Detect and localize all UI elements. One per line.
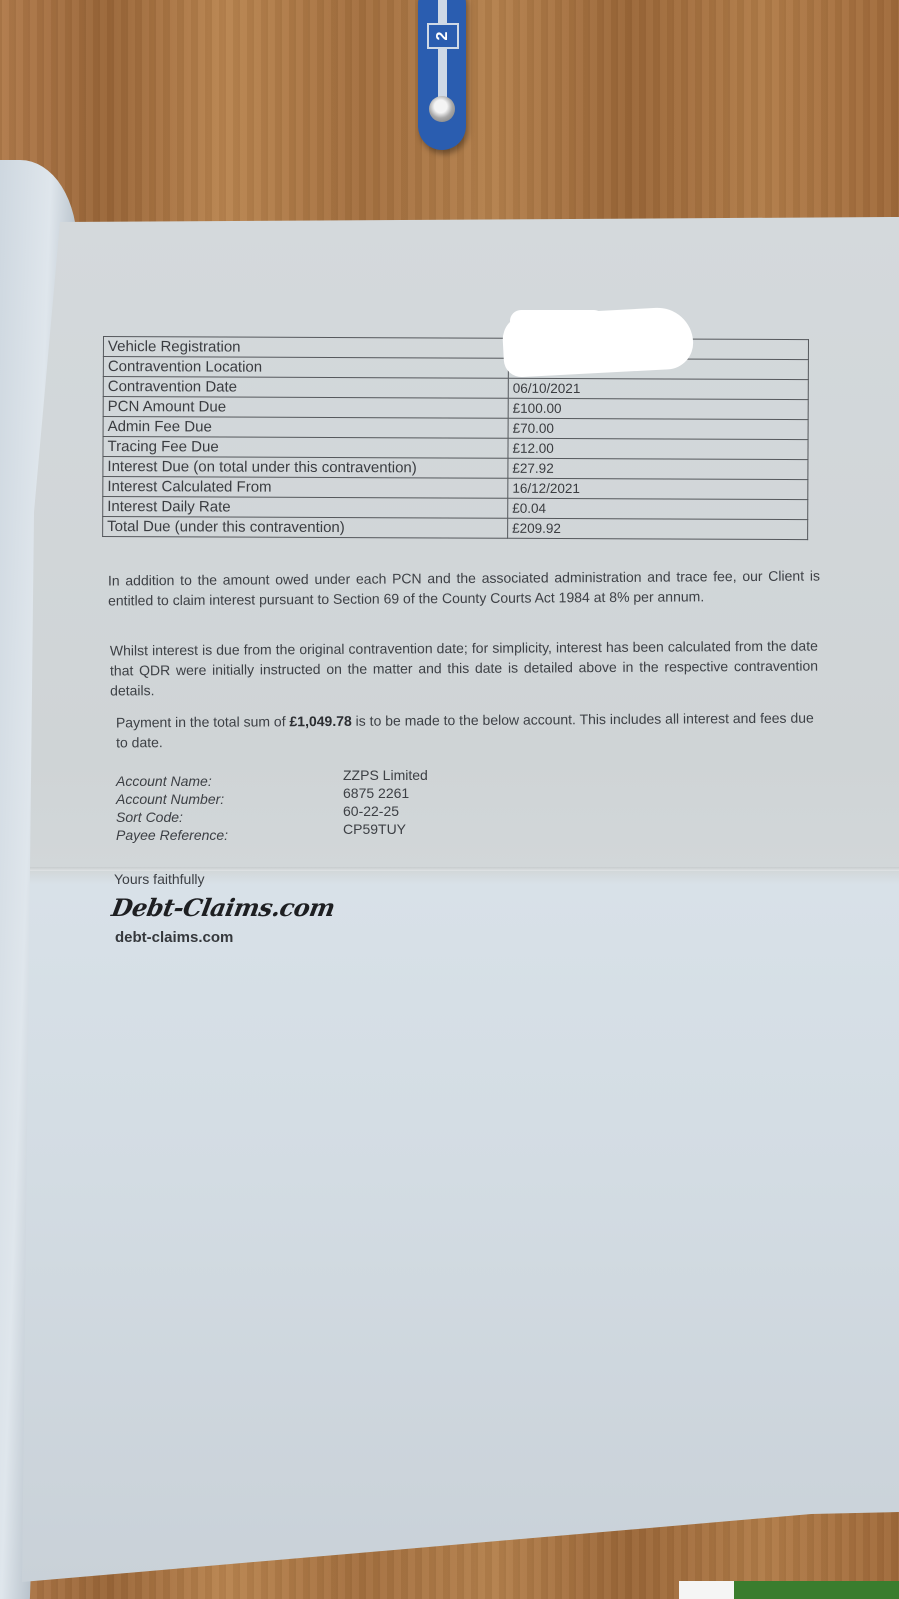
- row-value: 16/12/2021: [508, 478, 808, 499]
- row-value: £12.00: [508, 438, 808, 459]
- row-label: Interest Due (on total under this contra…: [103, 457, 508, 479]
- snap-piece-strip: [438, 0, 447, 100]
- bank-detail-label: Account Number:: [116, 790, 343, 808]
- green-object-corner: [734, 1581, 899, 1599]
- sign-off: Yours faithfully: [114, 871, 205, 887]
- table-row: Interest Daily Rate£0.04: [103, 497, 808, 520]
- row-label: Interest Calculated From: [103, 477, 508, 499]
- bank-detail-label: Account Name:: [116, 772, 343, 790]
- row-label: Contravention Location: [103, 357, 508, 379]
- row-value: £209.92: [508, 518, 808, 539]
- row-label: PCN Amount Due: [103, 397, 508, 419]
- payment-total-amount: £1,049.78: [289, 713, 351, 729]
- row-value: £27.92: [508, 458, 808, 479]
- row-value: £100.00: [508, 398, 808, 419]
- interest-calculation-paragraph: Whilst interest is due from the original…: [110, 636, 818, 701]
- snap-piece-stud: [429, 96, 455, 122]
- row-label: Admin Fee Due: [103, 417, 508, 439]
- table-row: PCN Amount Due£100.00: [103, 397, 808, 420]
- table-row: Admin Fee Due£70.00: [103, 417, 808, 440]
- bank-detail-value: 6875 2261: [343, 784, 409, 802]
- website-text: debt-claims.com: [115, 929, 233, 946]
- table-row: Contravention Date06/10/2021: [103, 377, 808, 400]
- bank-detail-label: Payee Reference:: [116, 826, 343, 844]
- bank-detail-value: ZZPS Limited: [343, 766, 428, 784]
- table-row: Contravention Location: [103, 357, 808, 380]
- table-row: Total Due (under this contravention)£209…: [103, 517, 808, 540]
- row-value: £70.00: [508, 418, 808, 439]
- row-label: Contravention Date: [103, 377, 508, 399]
- table-row: Interest Due (on total under this contra…: [103, 457, 808, 480]
- row-label: Vehicle Registration: [103, 337, 508, 359]
- payment-prefix: Payment in the total sum of: [116, 713, 290, 730]
- bank-detail-label: Sort Code:: [116, 808, 343, 826]
- row-label: Tracing Fee Due: [103, 437, 508, 459]
- bank-detail-row: Payee Reference:CP59TUY: [116, 826, 428, 844]
- signature-logo: Debt-Claims.com: [109, 893, 337, 922]
- bank-detail-value: CP59TUY: [343, 820, 406, 838]
- table-row: Tracing Fee Due£12.00: [103, 437, 808, 460]
- white-object-corner: [679, 1581, 734, 1599]
- table-row: Vehicle Registration: [103, 337, 808, 360]
- snap-piece-label: 2: [427, 23, 459, 49]
- redaction-mark: [510, 310, 605, 332]
- snap-circuit-piece: 2: [418, 0, 466, 150]
- bank-detail-value: 60-22-25: [343, 802, 399, 820]
- row-label: Total Due (under this contravention): [103, 517, 508, 539]
- table-row: Interest Calculated From16/12/2021: [103, 477, 808, 500]
- payment-paragraph: Payment in the total sum of £1,049.78 is…: [116, 708, 822, 753]
- row-value: £0.04: [508, 498, 808, 519]
- row-value: 06/10/2021: [508, 378, 808, 399]
- contravention-details-table: Vehicle RegistrationContravention Locati…: [102, 336, 809, 540]
- bank-details: Account Name:ZZPS LimitedAccount Number:…: [116, 772, 428, 844]
- row-label: Interest Daily Rate: [103, 497, 508, 519]
- interest-paragraph: In addition to the amount owed under eac…: [108, 566, 820, 611]
